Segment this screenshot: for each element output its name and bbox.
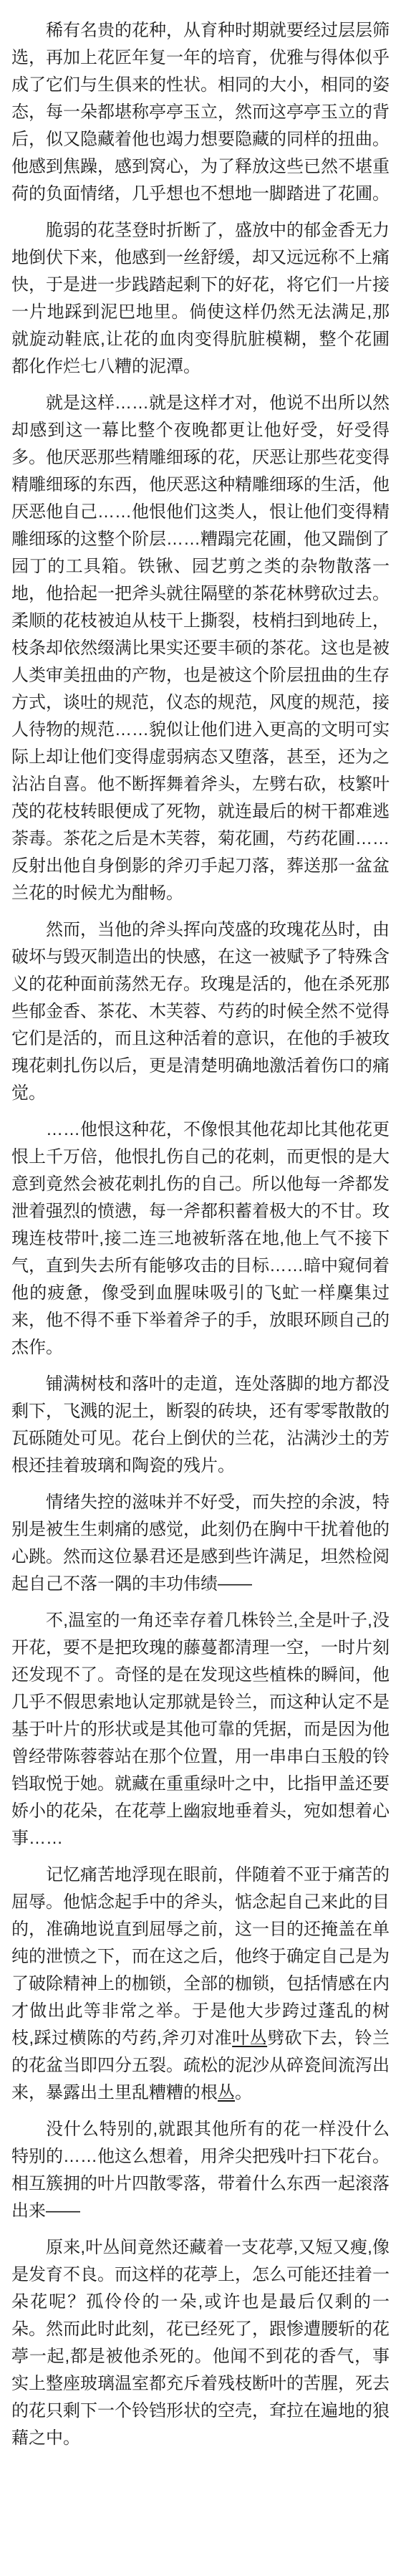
page-text: 稀有名贵的花种，从育种时期就要经过层层筛选，再加上花匠年复一年的培育，优雅与得体… — [11, 17, 390, 2452]
underlined-text-segment: 叶丛 — [232, 2029, 267, 2048]
text-segment: 记忆痛苦地浮现在眼前，伴随着不亚于痛苦的屈辱。他惦念起手中的斧头，惦念起自己来此… — [11, 1865, 390, 2048]
paragraph: 脆弱的花茎登时折断了，盛放中的郁金香无力地倒伏下来，他感到一丝舒缓，却又远远称不… — [11, 217, 390, 380]
reader-page: 稀有名贵的花种，从育种时期就要经过层层筛选，再加上花匠年复一年的培育，优雅与得体… — [0, 0, 401, 2576]
paragraph: 记忆痛苦地浮现在眼前，伴随着不亚于痛苦的屈辱。他惦念起手中的斧头，惦念起自己来此… — [11, 1862, 390, 2107]
paragraph: 铺满树枝和落叶的走道，连处落脚的地方都没剩下，飞溅的泥土，断裂的砖块，还有零零散… — [11, 1371, 390, 1480]
paragraph: 然而，当他的斧头挥向茂盛的玫瑰花丛时，由破坏与毁灭制造出的快感，在这一被赋予了特… — [11, 916, 390, 1107]
text-segment: 然而，当他的斧头挥向茂盛的玫瑰花丛时，由破坏与毁灭制造出的快感，在这一被赋予了特… — [11, 920, 390, 1103]
text-segment: 原来,叶丛间竟然还藏着一支花葶,又短又瘦,像是发育不良。而这样的花葶上，怎么可能… — [11, 2238, 390, 2448]
text-segment: 脆弱的花茎登时折断了，盛放中的郁金香无力地倒伏下来，他感到一丝舒缓，却又远远称不… — [11, 221, 390, 376]
paragraph: 情绪失控的滋味并不好受，而失控的余波，特别是被生生刺痛的感觉，此刻仍在胸中干扰着… — [11, 1489, 390, 1598]
paragraph: ……他恨这种花，不像恨其他花却比其他花更恨上千万倍，他恨扎伤自己的花刺，而更恨的… — [11, 1116, 390, 1361]
text-segment: 情绪失控的滋味并不好受，而失控的余波，特别是被生生刺痛的感觉，此刻仍在胸中干扰着… — [11, 1493, 390, 1594]
paragraph: 就是这样……就是这样才对，他说不出所以然却感到这一幕比整个夜晚都更让他好受，好受… — [11, 390, 390, 907]
text-segment: 就是这样……就是这样才对，他说不出所以然却感到这一幕比整个夜晚都更让他好受，好受… — [11, 393, 390, 903]
paragraph: 没什么特别的,就跟其他所有的花一样没什么特别的……他这么想着，用斧尖把残叶扫下花… — [11, 2116, 390, 2225]
text-segment: 稀有名贵的花种，从育种时期就要经过层层筛选，再加上花匠年复一年的培育，优雅与得体… — [11, 21, 390, 204]
paragraph: 不,温室的一角还幸存着几株铃兰,全是叶子,没开花，要不是把玫瑰的藤蔓都清理一空，… — [11, 1607, 390, 1852]
text-segment: 铺满树枝和落叶的走道，连处落脚的地方都没剩下，飞溅的泥土，断裂的砖块，还有零零散… — [11, 1374, 390, 1475]
text-segment: 不,温室的一角还幸存着几株铃兰,全是叶子,没开花，要不是把玫瑰的藤蔓都清理一空，… — [11, 1611, 390, 1848]
paragraph: 稀有名贵的花种，从育种时期就要经过层层筛选，再加上花匠年复一年的培育，优雅与得体… — [11, 17, 390, 208]
paragraph: 原来,叶丛间竟然还藏着一支花葶,又短又瘦,像是发育不良。而这样的花葶上，怎么可能… — [11, 2234, 390, 2452]
underlined-text-segment: 丛 — [218, 2083, 235, 2102]
text-segment: ……他恨这种花，不像恨其他花却比其他花更恨上千万倍，他恨扎伤自己的花刺，而更恨的… — [11, 1120, 390, 1357]
text-segment: 。 — [235, 2083, 252, 2102]
text-segment: 没什么特别的,就跟其他所有的花一样没什么特别的……他这么想着，用斧尖把残叶扫下花… — [11, 2120, 390, 2221]
